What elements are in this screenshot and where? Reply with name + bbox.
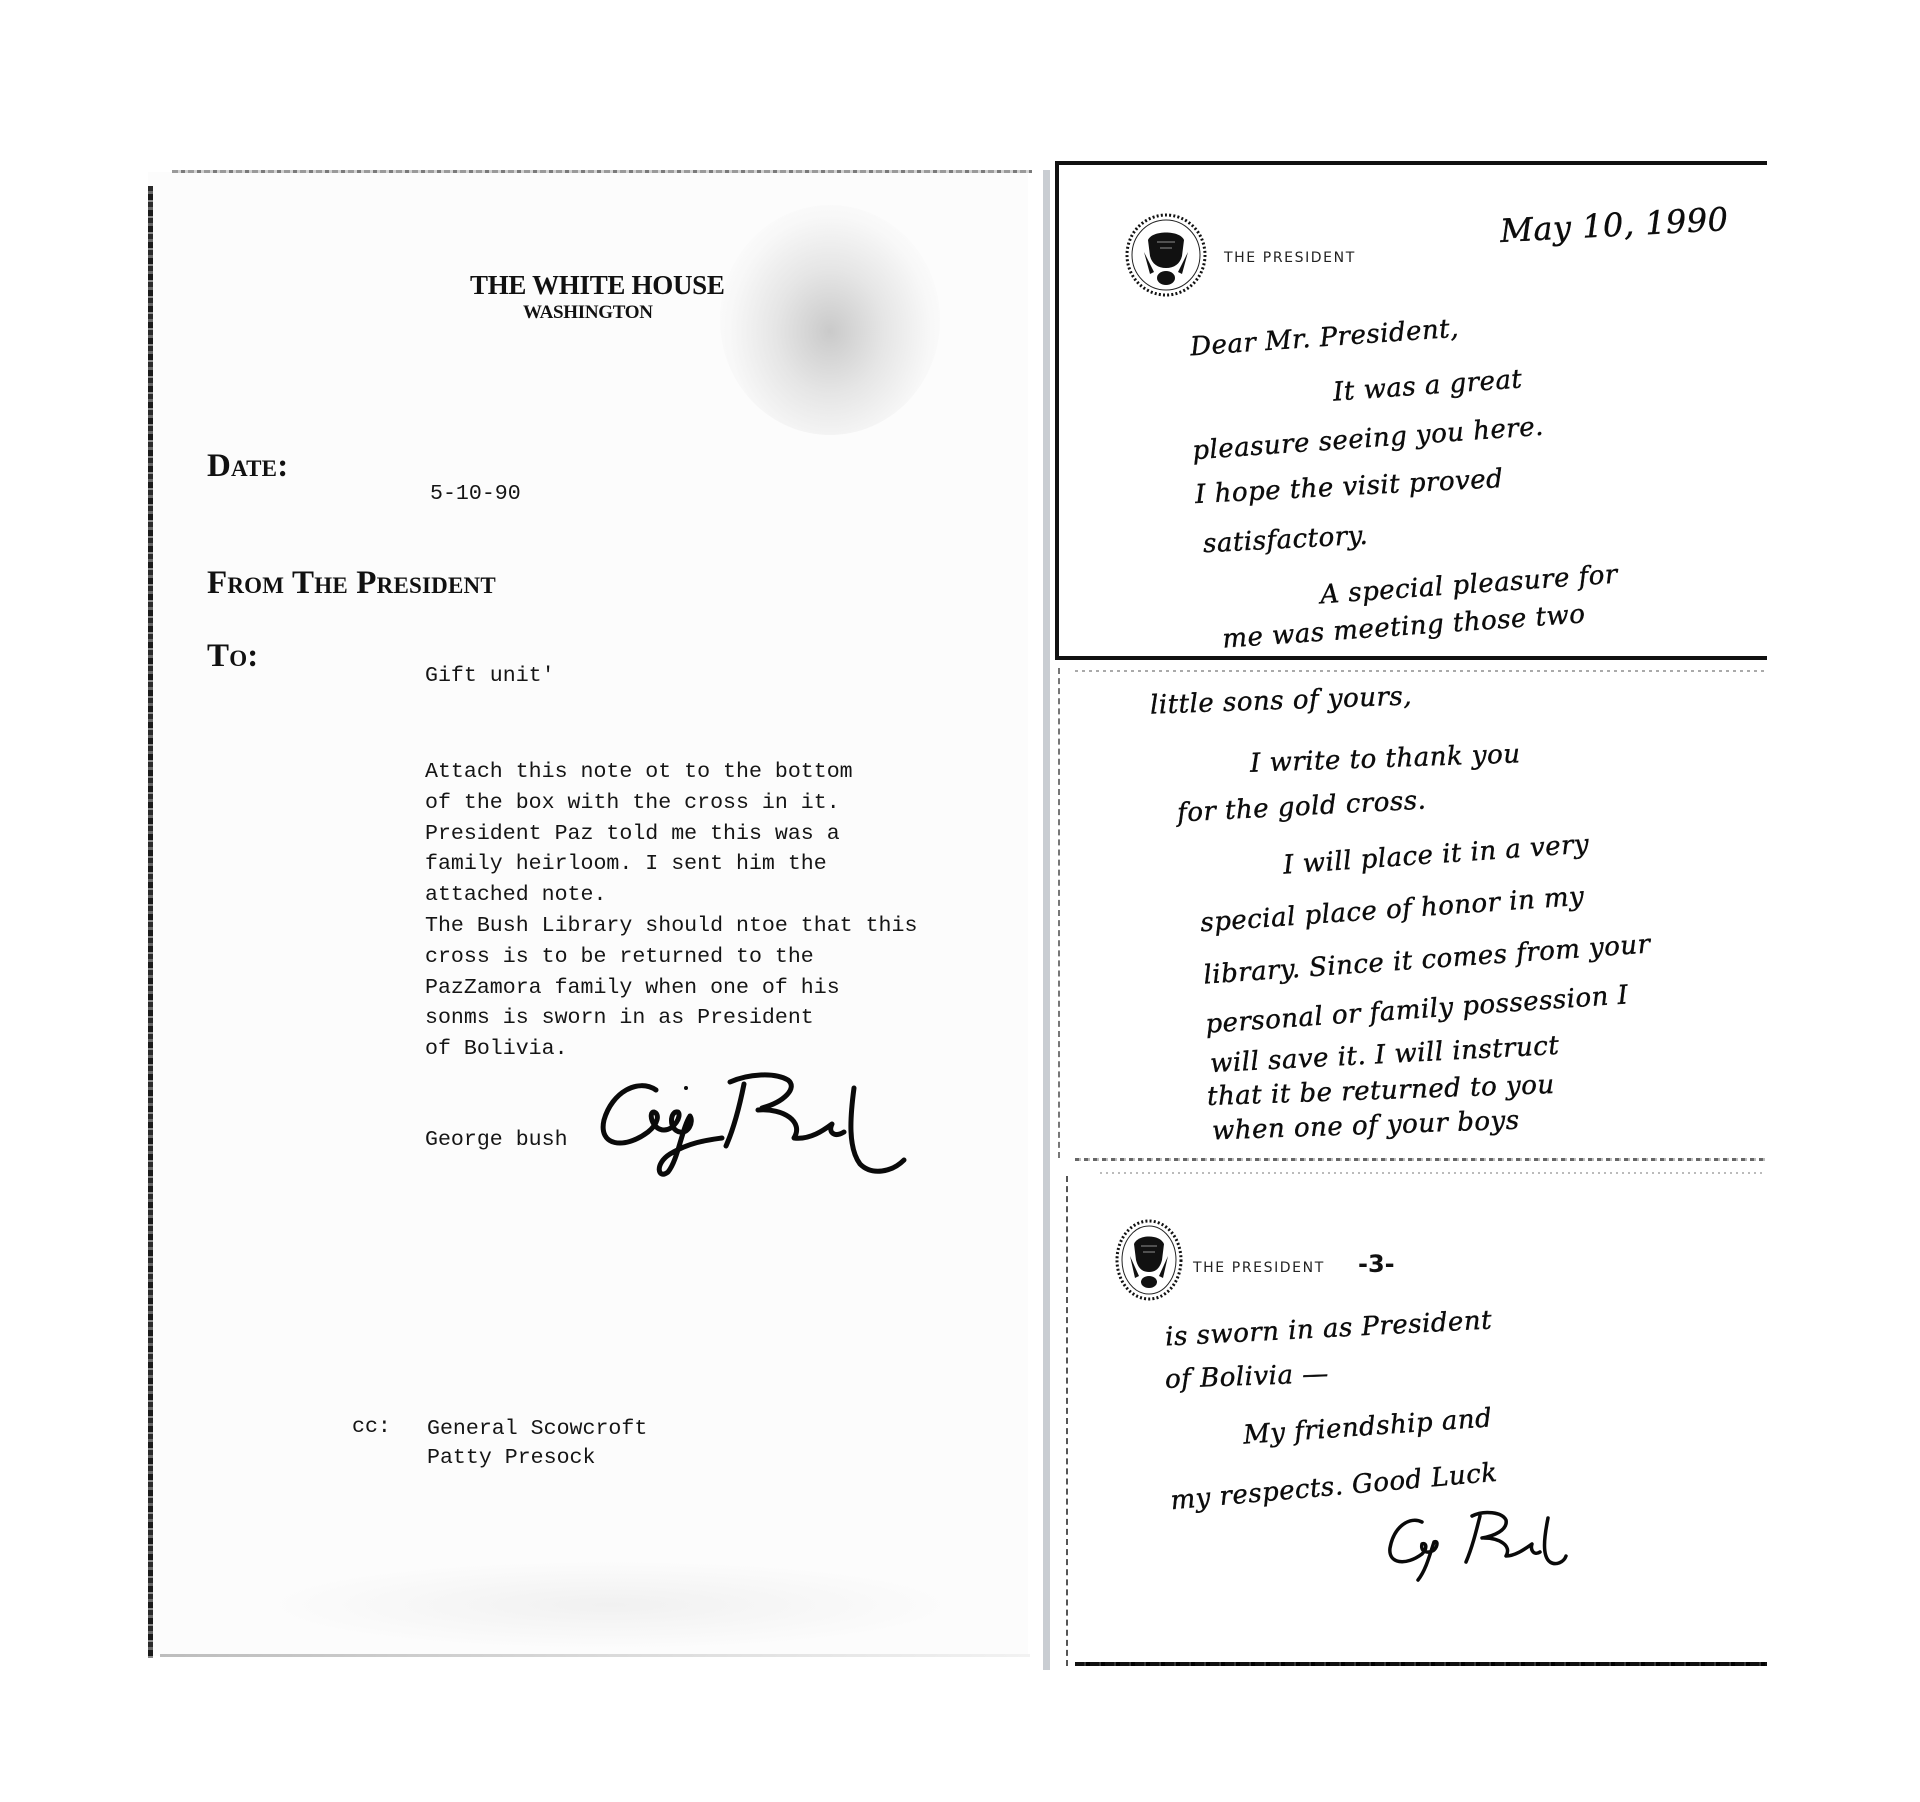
memo-body-line: President Paz told me this was a xyxy=(425,819,917,850)
date-label: Date: xyxy=(207,448,288,485)
toner-smudge-bottom xyxy=(260,1560,960,1650)
memo-bottom-edge xyxy=(160,1654,1030,1657)
cc-recipient: Patty Presock xyxy=(427,1444,647,1473)
memo-left-edge xyxy=(148,186,153,1658)
memo-body-line: family heirloom. I sent him the xyxy=(425,849,917,880)
memo-body-line: cross is to be returned to the xyxy=(425,942,917,973)
handwritten-line: of Bolivia — xyxy=(1165,1359,1330,1395)
cc-recipients: General Scowcroft Patty Presock xyxy=(427,1415,647,1473)
date-value: 5-10-90 xyxy=(430,482,521,506)
memo-top-edge xyxy=(172,170,1032,173)
memo-body-line: attached note. xyxy=(425,880,917,911)
typed-signature: George bush xyxy=(425,1128,568,1152)
memo-body-line: of the box with the cross in it. xyxy=(425,788,917,819)
handwritten-signature-icon xyxy=(598,1068,908,1180)
card-letterhead: THE PRESIDENT xyxy=(1224,250,1356,266)
memo-body: Attach this note ot to the bottom of the… xyxy=(425,757,917,1065)
from-label: From The President xyxy=(207,565,496,602)
toner-smudge xyxy=(720,205,940,435)
card-2-top-edge xyxy=(1075,670,1765,672)
handwritten-signature-icon xyxy=(1388,1508,1568,1584)
memo-body-line: sonms is sworn in as President xyxy=(425,1003,917,1034)
memo-body-line: PazZamora family when one of his xyxy=(425,973,917,1004)
cc-label: cc: xyxy=(352,1415,391,1439)
to-label: To: xyxy=(207,638,259,675)
letterhead-title: THE WHITE HOUSE xyxy=(470,270,725,301)
scan-page-edge xyxy=(1043,170,1050,1670)
card-2-bottom-edge xyxy=(1075,1158,1765,1161)
cc-recipient: General Scowcroft xyxy=(427,1415,647,1444)
letterhead-subtitle: WASHINGTON xyxy=(523,302,653,324)
to-value: Gift unit' xyxy=(425,664,555,688)
memo-body-line: The Bush Library should ntoe that this xyxy=(425,911,917,942)
card-3-top-edge xyxy=(1100,1172,1765,1174)
card-3-bottom-edge xyxy=(1075,1662,1767,1666)
page-number: -3- xyxy=(1358,1250,1395,1278)
presidential-seal-icon xyxy=(1114,1218,1184,1302)
card-letterhead: THE PRESIDENT xyxy=(1193,1260,1325,1276)
memo-body-line: Attach this note ot to the bottom xyxy=(425,757,917,788)
memo-body-line: of Bolivia. xyxy=(425,1034,917,1065)
presidential-seal-icon xyxy=(1124,212,1208,298)
